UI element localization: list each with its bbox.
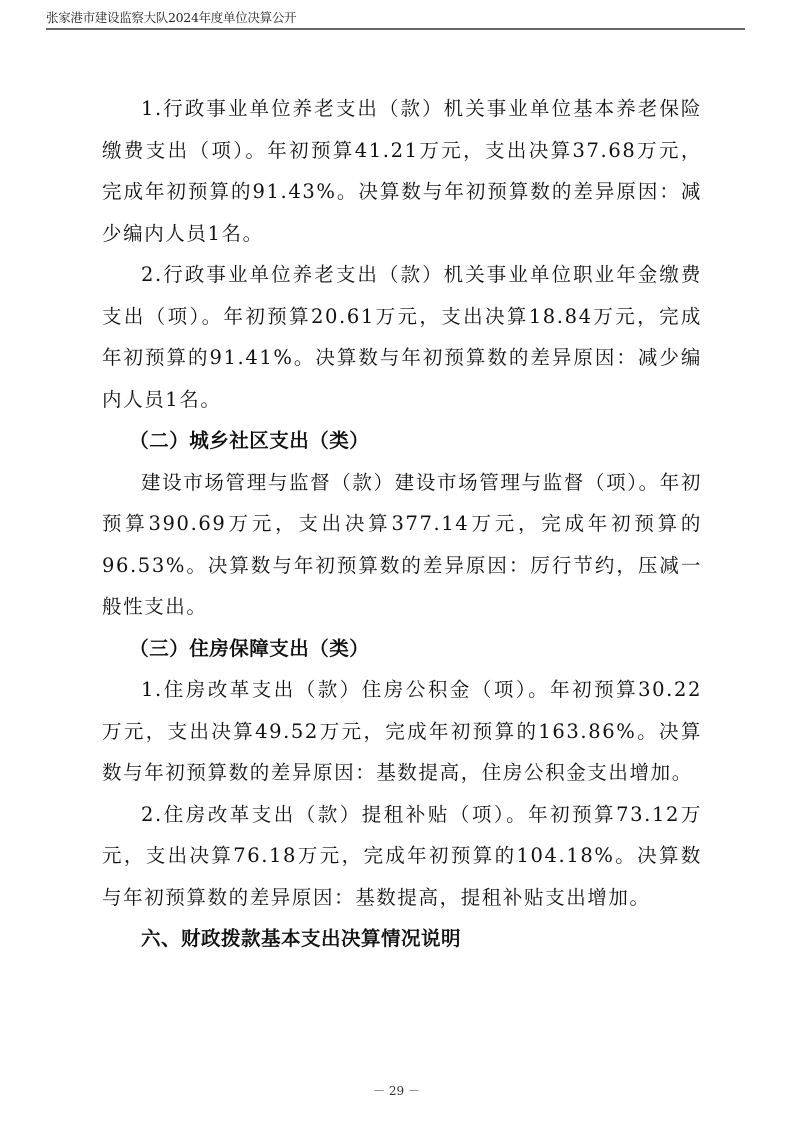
running-header: 张家港市建设监察大队2024年度单位决算公开 (46, 10, 745, 26)
header-rule (46, 28, 745, 30)
page-number: － 29 － (0, 1082, 793, 1099)
paragraph-construction-market-supervision: 建设市场管理与监督（款）建设市场管理与监督（项）。年初预算390.69万元，支出… (102, 462, 702, 628)
paragraph-rent-subsidy: 2.住房改革支出（款）提租补贴（项）。年初预算73.12万元，支出决算76.18… (102, 794, 702, 919)
paragraph-pension-occupational-annuity: 2.行政事业单位养老支出（款）机关事业单位职业年金缴费支出（项）。年初预算20.… (102, 254, 702, 420)
document-body: 1.行政事业单位养老支出（款）机关事业单位基本养老保险缴费支出（项）。年初预算4… (102, 88, 702, 960)
section-heading-urban-rural-community: （二）城乡社区支出（类） (102, 420, 702, 462)
paragraph-housing-provident-fund: 1.住房改革支出（款）住房公积金（项）。年初预算30.22万元，支出决算49.5… (102, 669, 702, 794)
paragraph-pension-basic-insurance: 1.行政事业单位养老支出（款）机关事业单位基本养老保险缴费支出（项）。年初预算4… (102, 88, 702, 254)
section-heading-basic-expenditure: 六、财政拨款基本支出决算情况说明 (102, 918, 702, 960)
section-heading-housing-security: （三）住房保障支出（类） (102, 628, 702, 670)
